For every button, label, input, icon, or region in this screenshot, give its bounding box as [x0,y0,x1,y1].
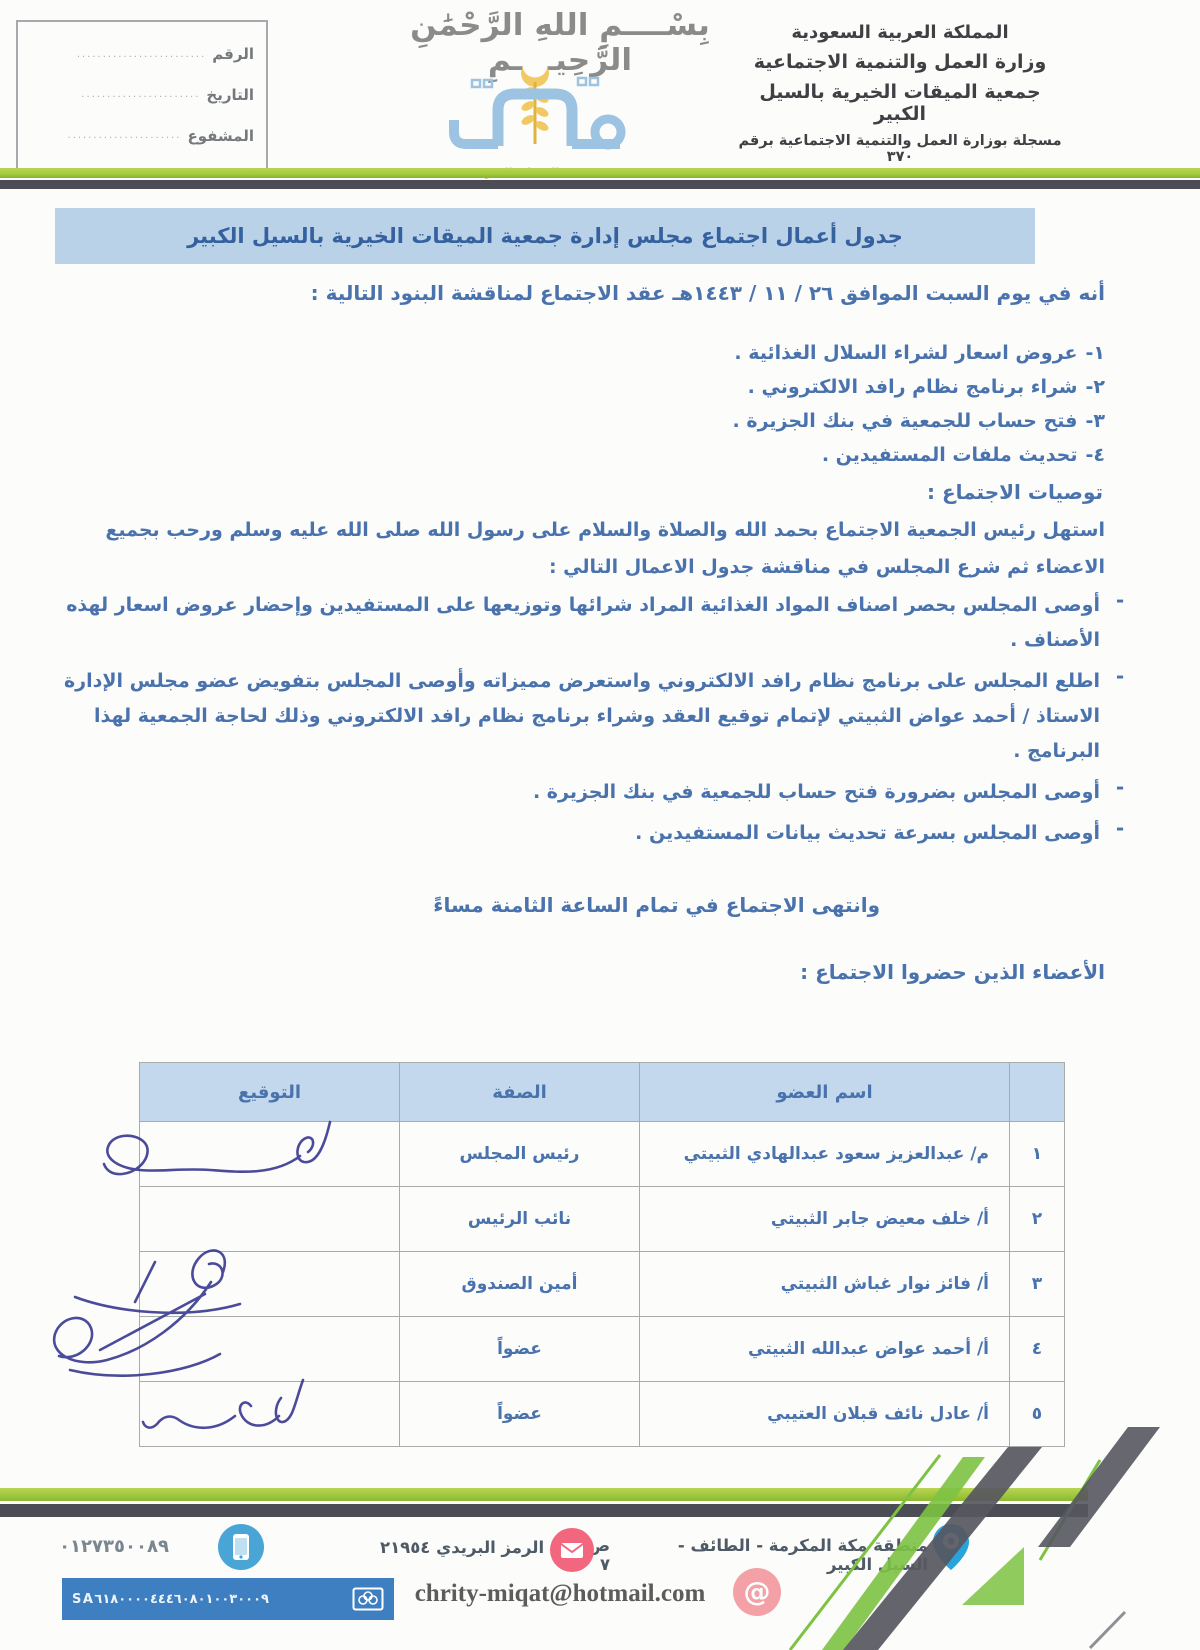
email-text: chrity-miqat@hotmail.com [395,1580,725,1608]
attendees-heading: الأعضاء الذين حضروا الاجتماع : [800,960,1105,984]
document-title-bar: جدول أعمال اجتماع مجلس إدارة جمعية الميق… [55,208,1035,264]
table-row: ٢ أ/ خلف معيض جابر الثبيتي نائب الرئيس [140,1187,1065,1252]
member-signature-cell [140,1382,400,1447]
form-label-attachment: المشفوع [187,127,254,145]
member-name: م/ عبدالعزيز سعود عبدالهادي الثبيتي [640,1122,1010,1187]
org-association-line: جمعية الميقات الخيرية بالسيل الكبير [735,81,1065,125]
header-dark-bar [0,180,1200,189]
recommendation-text: أوصى المجلس بسرعة تحديث بيانات المستفيدي… [35,816,1100,851]
recommendations-heading: توصيات الاجتماع : [927,480,1103,504]
member-number: ٣ [1010,1252,1065,1317]
phone-icon [218,1524,264,1570]
header-role: الصفة [400,1063,640,1122]
charity-logo: جمعية الميقات الخيرية [420,54,650,179]
bullet-dash-icon: - [1100,816,1140,851]
attendance-table: اسم العضو الصفة التوقيع ١ م/ عبدالعزيز س… [140,1062,1065,1447]
org-ministry-line: وزارة العمل والتنمية الاجتماعية [735,51,1065,73]
header-green-bar [0,168,1200,178]
recommendations-list: - أوصى المجلس بحصر اصناف المواد الغذائية… [35,588,1140,857]
agenda-text: تحديث ملفات المستفيدين . [822,438,1078,472]
iban-box: SA٦١٨٠٠٠٠٤٤٤٦٠٨٠١٠٠٣٠٠٠٩ [62,1578,394,1620]
reference-form-box: الرقم ......................... التاريخ … [16,20,268,170]
bank-icon [352,1587,384,1611]
recommendation-item-3: - أوصى المجلس بضرورة فتح حساب للجمعية في… [35,775,1140,810]
phone-number-text: ٠١٢٧٣٥٠٠٨٩ [14,1536,214,1557]
member-role: نائب الرئيس [400,1187,640,1252]
recommendation-text: أوصى المجلس بضرورة فتح حساب للجمعية في ب… [35,775,1100,810]
table-row: ١ م/ عبدالعزيز سعود عبدالهادي الثبيتي رئ… [140,1122,1065,1187]
recommendation-text: أوصى المجلس بحصر اصناف المواد الغذائية ا… [35,588,1100,658]
table-header-row: اسم العضو الصفة التوقيع [140,1063,1065,1122]
form-row-number: الرقم ......................... [28,45,254,63]
member-signature-cell [140,1252,400,1317]
agenda-number: ٤- [1086,438,1106,472]
member-role: عضواً [400,1317,640,1382]
meeting-date-line: أنه في يوم السبت الموافق ٢٦ / ١١ / ١٤٤٣ه… [40,281,1105,305]
member-role: عضواً [400,1382,640,1447]
member-role: رئيس المجلس [400,1122,640,1187]
org-country-line: المملكة العربية السعودية [735,22,1065,43]
closing-line: وانتهى الاجتماع في تمام الساعة الثامنة م… [433,893,880,917]
form-row-attachment: المشفوع ...................... [28,127,254,145]
recommendation-item-1: - أوصى المجلس بحصر اصناف المواد الغذائية… [35,588,1140,658]
recommendation-item-2: - اطلع المجلس على برنامج نظام رافد الالك… [35,664,1140,769]
member-name: أ/ خلف معيض جابر الثبيتي [640,1187,1010,1252]
miqat-logo-icon [420,54,650,166]
form-dots-number: ......................... [28,49,206,60]
postal-code-text: الرمز البريدي ٢١٩٥٤ [380,1538,545,1557]
agenda-list: ١- عروض اسعار لشراء السلال الغذائية . ٢-… [60,336,1105,472]
member-name: أ/ أحمد عواض عبدالله الثبيتي [640,1317,1010,1382]
agenda-item-2: ٢- شراء برنامج نظام رافد الالكتروني . [60,370,1105,404]
agenda-text: شراء برنامج نظام رافد الالكتروني . [748,370,1078,404]
agenda-item-1: ١- عروض اسعار لشراء السلال الغذائية . [60,336,1105,370]
member-role: أمين الصندوق [400,1252,640,1317]
form-dots-attachment: ...................... [28,130,181,141]
header-member-name: اسم العضو [640,1063,1010,1122]
agenda-text: عروض اسعار لشراء السلال الغذائية . [734,336,1077,370]
member-signature-cell [140,1122,400,1187]
member-number: ٤ [1010,1317,1065,1382]
mail-icon [550,1528,594,1572]
form-row-date: التاريخ ....................... [28,86,254,104]
document-title: جدول أعمال اجتماع مجلس إدارة جمعية الميق… [187,224,903,248]
agenda-item-4: ٤- تحديث ملفات المستفيدين . [60,438,1105,472]
footer-diagonal-decoration [780,1395,1200,1650]
org-registration-line: مسجلة بوزارة العمل والتنمية الاجتماعية ب… [735,133,1065,165]
scanned-meeting-minutes-page: الرقم ......................... التاريخ … [0,0,1200,1650]
form-label-number: الرقم [212,45,254,63]
member-number: ١ [1010,1122,1065,1187]
recommendation-text: اطلع المجلس على برنامج نظام رافد الالكتر… [35,664,1100,769]
table-row: ٤ أ/ أحمد عواض عبدالله الثبيتي عضواً [140,1317,1065,1382]
header-signature: التوقيع [140,1063,400,1122]
header-number [1010,1063,1065,1122]
bullet-dash-icon: - [1100,664,1140,769]
agenda-item-3: ٣- فتح حساب للجمعية في بنك الجزيرة . [60,404,1105,438]
table-row: ٣ أ/ فائز نوار غباش الثبيتي أمين الصندوق [140,1252,1065,1317]
bullet-dash-icon: - [1100,775,1140,810]
at-sign-icon: @ [733,1568,781,1616]
member-signature-cell [140,1187,400,1252]
agenda-number: ١- [1086,336,1106,370]
form-dots-date: ....................... [28,89,200,100]
agenda-number: ٢- [1086,370,1106,404]
agenda-number: ٣- [1086,404,1106,438]
organization-header: المملكة العربية السعودية وزارة العمل وال… [735,22,1065,173]
iban-text: SA٦١٨٠٠٠٠٤٤٤٦٠٨٠١٠٠٣٠٠٠٩ [72,1592,269,1607]
agenda-text: فتح حساب للجمعية في بنك الجزيرة . [733,404,1078,438]
member-name: أ/ فائز نوار غباش الثبيتي [640,1252,1010,1317]
form-label-date: التاريخ [206,86,254,104]
bullet-dash-icon: - [1100,588,1140,658]
member-signature-cell [140,1317,400,1382]
opening-paragraph: استهل رئيس الجمعية الاجتماع بحمد الله وا… [35,512,1105,586]
member-number: ٢ [1010,1187,1065,1252]
recommendation-item-4: - أوصى المجلس بسرعة تحديث بيانات المستفي… [35,816,1140,851]
